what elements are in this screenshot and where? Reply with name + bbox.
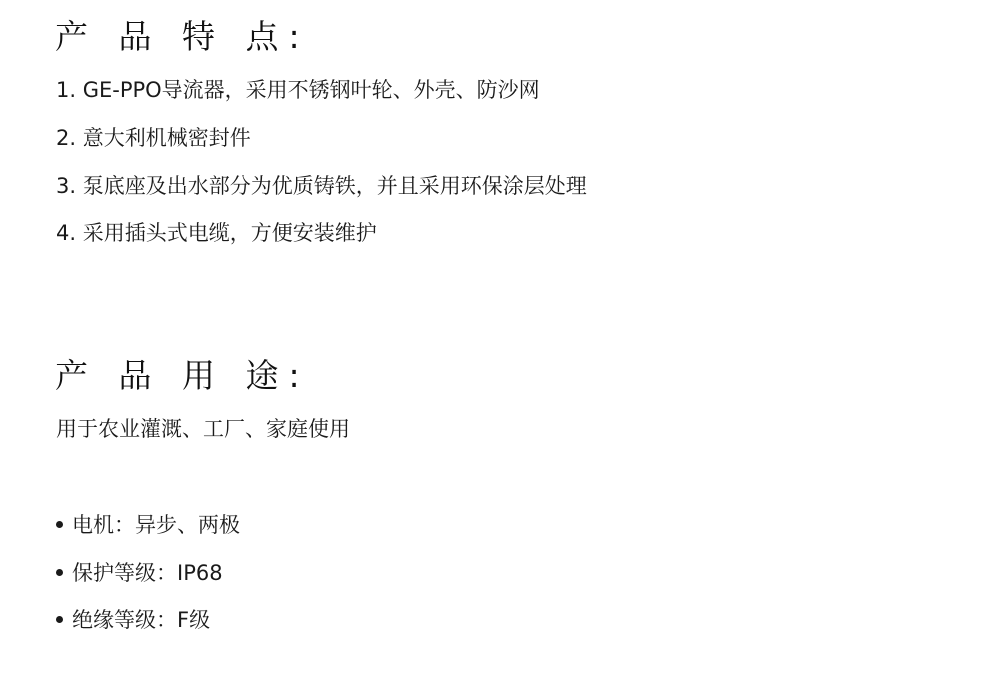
spec-item: 电机：异步、两极 [56, 511, 240, 539]
feature-item: 1. GE-PPO导流器，采用不锈钢叶轮、外壳、防沙网 [56, 76, 540, 104]
spec-item: 绝缘等级：F级 [56, 606, 210, 634]
bullet-icon [56, 521, 63, 528]
spec-text: 电机：异步、两极 [72, 513, 240, 537]
bullet-icon [56, 569, 63, 576]
bullet-icon [56, 616, 63, 623]
spec-text: 绝缘等级：F级 [72, 608, 210, 632]
features-heading: 产 品 特 点: [55, 17, 310, 57]
spec-text: 保护等级：IP68 [72, 561, 223, 585]
feature-item: 4. 采用插头式电缆，方便安装维护 [56, 219, 377, 247]
feature-item: 3. 泵底座及出水部分为优质铸铁，并且采用环保涂层处理 [56, 172, 587, 200]
feature-item: 2. 意大利机械密封件 [56, 124, 251, 152]
spec-item: 保护等级：IP68 [56, 559, 223, 587]
usage-text: 用于农业灌溉、工厂、家庭使用 [56, 415, 350, 443]
usage-heading: 产 品 用 途: [55, 356, 310, 396]
